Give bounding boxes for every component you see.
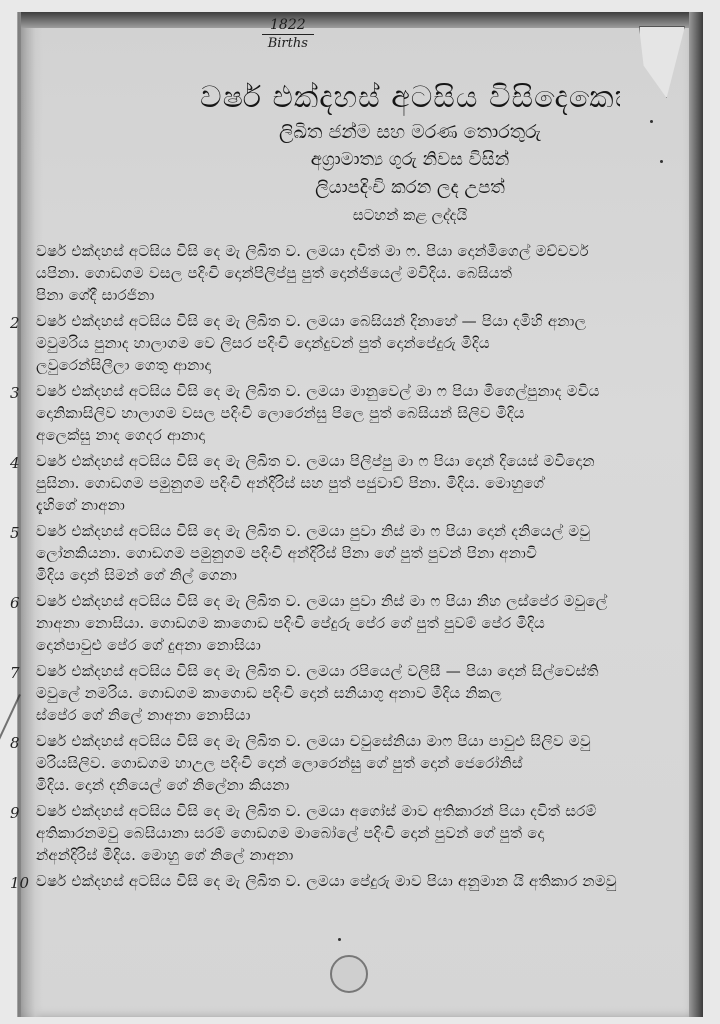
entry-number: 9	[10, 804, 20, 822]
entry-line: අතිකාරනමවු බෙසියානා සරම් ගොඩගම මාබෝලේ පද…	[36, 822, 670, 844]
ink-dot	[650, 120, 653, 123]
entry-line: වර්ෂ එක්දහස් අටසිය විසි දෙ මැ ලිඛිත ව. ල…	[36, 310, 670, 332]
entry-line: මිදිය. දොන් දනියෙල් ගේ නිලේනා කියනා	[36, 774, 670, 796]
birth-entry: 8 වර්ෂ එක්දහස් අටසිය විසි දෙ මැ ලිඛිත ව.…	[30, 730, 670, 796]
header-year: 1822	[262, 16, 314, 35]
entry-line: අලෙක්සු නාද ගෙදර ආනාදා	[36, 424, 670, 446]
entry-line: මවුලේ නමරිය. ගොඩගම කාගොඩ පදිංචි දොන් සනි…	[36, 682, 670, 704]
title-line: ලියාපදිංචි කරන ලද උපත්	[200, 174, 620, 202]
entry-number: 2	[10, 314, 20, 332]
entry-line: මරියසිලිව. ගොඩගම හාඋල පදිංචි දොන් ලොරෙන්…	[36, 752, 670, 774]
title-line: සටහන් කළ ලද්දයි	[200, 202, 620, 228]
entry-line: ස්පේර ගේ නිලේ නාඅනා නොසියා	[36, 704, 670, 726]
birth-entry: 6 වර්ෂ එක්දහස් අටසිය විසි දෙ මැ ලිඛිත ව.…	[30, 590, 670, 656]
page-top-edge	[21, 12, 703, 28]
entry-line: මිදිය දොන් සිමන් ගේ නිල් ගෙනා	[36, 564, 670, 586]
torn-corner	[639, 26, 685, 98]
birth-entry: 10 වර්ෂ එක්දහස් අටසිය විසි දෙ මැ ලිඛිත ව…	[30, 870, 670, 892]
entry-number: 3	[10, 384, 20, 402]
birth-entry: වර්ෂ එක්දහස් අටසිය විසි දෙ මැ ලිඛිත ව. ල…	[30, 240, 670, 306]
entry-line: දොනිකාසිලිව හාලාගම වසල පදිංචි ලොරෙන්සු ප…	[36, 402, 670, 424]
entry-line: වර්ෂ එක්දහස් අටසිය විසි දෙ මැ ලිඛිත ව. ල…	[36, 660, 670, 682]
birth-entry: 3 වර්ෂ එක්දහස් අටසිය විසි දෙ මැ ලිඛිත ව.…	[30, 380, 670, 446]
ink-dot	[338, 938, 341, 941]
entry-line: දොන්පාවුළු පේර ගේ දුඅනා නොසියා	[36, 634, 670, 656]
entry-number: 4	[10, 454, 20, 472]
entry-line: දැහිගේ නාඅනා	[36, 494, 670, 516]
birth-entries: වර්ෂ එක්දහස් අටසිය විසි දෙ මැ ලිඛිත ව. ල…	[30, 240, 670, 896]
entry-number: 5	[10, 524, 20, 542]
document-title: වර්ෂ එක්දහස් අටසිය විසිදෙකෙහි ලිඛිත ජන්ම…	[200, 78, 620, 228]
birth-entry: 2 වර්ෂ එක්දහස් අටසිය විසි දෙ මැ ලිඛිත ව.…	[30, 310, 670, 376]
birth-entry: 7 වර්ෂ එක්දහස් අටසිය විසි දෙ මැ ලිඛිත ව.…	[30, 660, 670, 726]
entry-line: වර්ෂ එක්දහස් අටසිය විසි දෙ මැ ලිඛිත ව. ල…	[36, 380, 670, 402]
entry-line: වර්ෂ එක්දහස් අටසිය විසි දෙ මැ ලිඛිත ව. ල…	[36, 590, 670, 612]
entry-line: පුසිනා. ගොඩගම පමුනුගම පදිංචි අන්දිරිස් ස…	[36, 472, 670, 494]
entry-line: වර්ෂ එක්දහස් අටසිය විසි දෙ මැ ලිඛිත ව. ල…	[36, 520, 670, 542]
entry-line: වර්ෂ එක්දහස් අටසිය විසි දෙ මැ ලිඛිත ව. ල…	[36, 800, 670, 822]
page-right-edge	[689, 12, 703, 1017]
birth-entry: 5 වර්ෂ එක්දහස් අටසිය විසි දෙ මැ ලිඛිත ව.…	[30, 520, 670, 586]
entry-line: වර්ෂ එක්දහස් අටසිය විසි දෙ මැ ලිඛිත ව. ල…	[36, 450, 670, 472]
entry-line: වර්ෂ එක්දහස් අටසිය විසි දෙ මැ ලිඛිත ව. ල…	[36, 730, 670, 752]
header-label: Births	[262, 35, 314, 53]
entry-line: යපිනා. ගොඩගම වසල පදිංචි දොන්පිලිප්පු පුත…	[36, 262, 670, 284]
entry-number: 10	[10, 874, 29, 892]
entry-line: ලෝනකියනා. ගොඩගම පමුනුගම පදිංචි අන්දිරිස්…	[36, 542, 670, 564]
entry-number: 8	[10, 734, 20, 752]
entry-line: පිනා ගේදී සාරජිනා	[36, 284, 670, 306]
entry-line: මවුමරිය පුනාද හාලාගම වෙ ලිසර පදිංචි දොන්…	[36, 332, 670, 354]
ink-stain	[330, 955, 368, 993]
entry-number: 6	[10, 594, 20, 612]
ink-dot	[660, 160, 663, 163]
entry-line: ලවුරෙන්සිලීලා ගෙතු ආනාදා	[36, 354, 670, 376]
title-line: ලිඛිත ජන්ම සහ මරණ තොරතුරු	[200, 118, 620, 146]
entry-line: නාඅනා නොසියා. ගොඩගම කාගොඩ පදිංචි පේදුරු …	[36, 612, 670, 634]
header-annotation: 1822 Births	[262, 16, 314, 53]
entry-line: වර්ෂ එක්දහස් අටසිය විසි දෙ මැ ලිඛිත ව. ල…	[36, 240, 670, 262]
title-line: අග්‍රාමාත්‍ය ගුරු නිවස විසින්	[200, 146, 620, 174]
birth-entry: 9 වර්ෂ එක්දහස් අටසිය විසි දෙ මැ ලිඛිත ව.…	[30, 800, 670, 866]
entry-number: 7	[10, 664, 20, 682]
entry-line: වර්ෂ එක්දහස් අටසිය විසි දෙ මැ ලිඛිත ව. ල…	[36, 870, 670, 892]
title-line: වර්ෂ එක්දහස් අටසිය විසිදෙකෙහි	[200, 78, 620, 118]
birth-entry: 4 වර්ෂ එක්දහස් අටසිය විසි දෙ මැ ලිඛිත ව.…	[30, 450, 670, 516]
entry-line: න්අන්දිරිස් මිදිය. මොහු ගේ නිලේ නාඅනා	[36, 844, 670, 866]
